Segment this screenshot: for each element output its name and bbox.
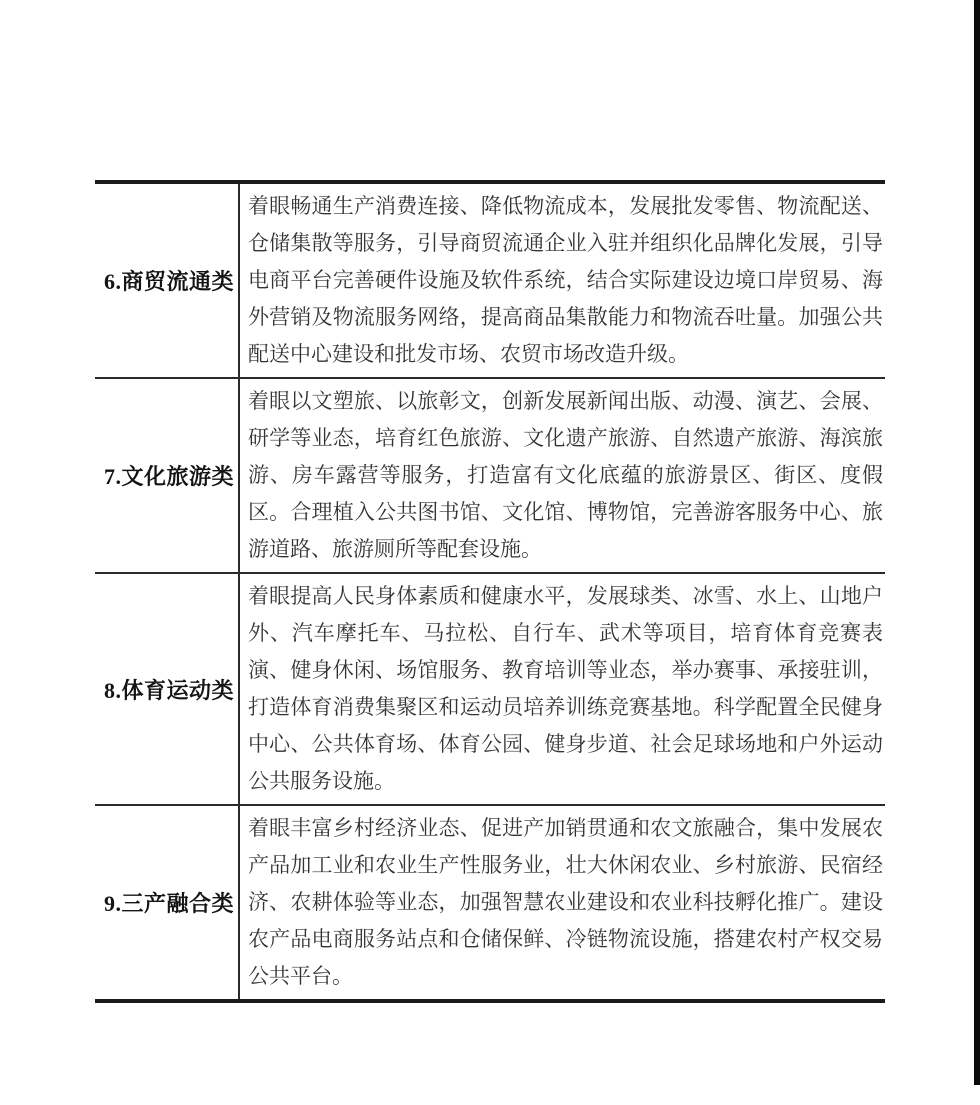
table-row: 9.三产融合类 着眼丰富乡村经济业态、促进产加销贯通和农文旅融合，集中发展农产品… xyxy=(95,806,885,999)
document-page: 6.商贸流通类 着眼畅通生产消费连接、降低物流成本，发展批发零售、物流配送、仓储… xyxy=(0,0,980,1105)
category-description-culture-tourism: 着眼以文塑旅、以旅彰文，创新发展新闻出版、动漫、演艺、会展、研学等业态，培育红色… xyxy=(240,379,885,572)
category-label-trade-circulation: 6.商贸流通类 xyxy=(95,184,240,377)
category-table: 6.商贸流通类 着眼畅通生产消费连接、降低物流成本，发展批发零售、物流配送、仓储… xyxy=(95,180,885,1003)
table-row: 8.体育运动类 着眼提高人民身体素质和健康水平，发展球类、冰雪、水上、山地户外、… xyxy=(95,574,885,806)
category-label-culture-tourism: 7.文化旅游类 xyxy=(95,379,240,572)
table-row: 7.文化旅游类 着眼以文塑旅、以旅彰文，创新发展新闻出版、动漫、演艺、会展、研学… xyxy=(95,379,885,574)
category-label-sports: 8.体育运动类 xyxy=(95,574,240,804)
category-description-sports: 着眼提高人民身体素质和健康水平，发展球类、冰雪、水上、山地户外、汽车摩托车、马拉… xyxy=(240,574,885,804)
category-description-industry-integration: 着眼丰富乡村经济业态、促进产加销贯通和农文旅融合，集中发展农产品加工业和农业生产… xyxy=(240,806,885,999)
page-right-edge-bar xyxy=(974,0,980,1085)
category-label-industry-integration: 9.三产融合类 xyxy=(95,806,240,999)
table-row: 6.商贸流通类 着眼畅通生产消费连接、降低物流成本，发展批发零售、物流配送、仓储… xyxy=(95,184,885,379)
category-description-trade-circulation: 着眼畅通生产消费连接、降低物流成本，发展批发零售、物流配送、仓储集散等服务，引导… xyxy=(240,184,885,377)
